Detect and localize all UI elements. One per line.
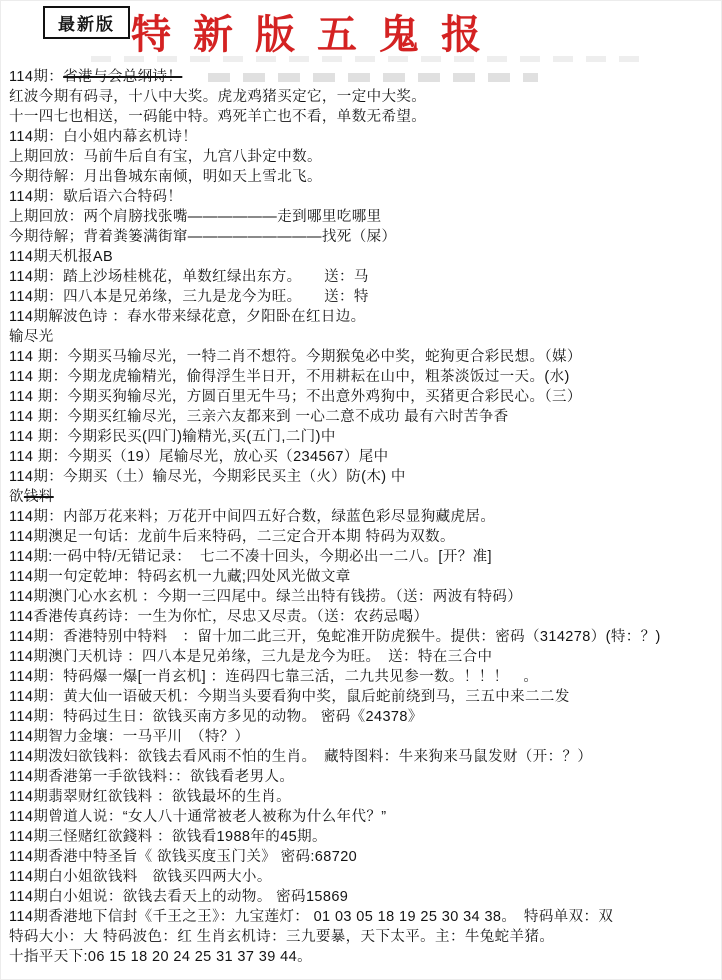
- report-line: 今期待解；背着粪篓满街窜—————————找死（屎）: [9, 227, 717, 247]
- report-line: 欲钱料: [9, 487, 717, 507]
- report-line: 114 期：今期买（19）尾输尽光，放心买（234567）尾中: [9, 447, 717, 467]
- report-line: 114期解波色诗 ：春水带来绿花意，夕阳卧在红日边。: [9, 307, 717, 327]
- report-line: 114期：歇后语六合特码！: [9, 187, 717, 207]
- report-line: 上期回放：马前牛后自有宝，九宫八卦定中数。: [9, 147, 717, 167]
- report-line: 114期：今期买（土）输尽光，今期彩民买主（火）防(木) 中: [9, 467, 717, 487]
- struck-text: 钱料: [24, 489, 54, 505]
- page-title: 特新版五鬼报: [131, 3, 503, 60]
- report-line-text: 欲: [9, 489, 24, 505]
- report-line: 114期泼妇欲钱料：欲钱去看风雨不怕的生肖。 藏特图料：牛来狗来马鼠发财（开：？…: [9, 747, 717, 767]
- report-line: 114期白小姐说：欲钱去看天上的动物。 密码15869: [9, 887, 717, 907]
- scan-artifact-row: [91, 56, 651, 62]
- report-line: 114香港传真药诗：一生为你忙，尽忠又尽责。（送：农药忌喝）: [9, 607, 717, 627]
- report-line: 114期：黄大仙一语破天机：今期当头要看狗中奖，鼠后蛇前绕到马，三五中来二二发: [9, 687, 717, 707]
- report-line: 114 期：今期买红输尽光，三亲六友都来到 一心二意不成功 最有六时苦争香: [9, 407, 717, 427]
- report-header: 最新版 特新版五鬼报: [1, 1, 721, 63]
- report-line: 114期：踏上沙场桂桃花，单数红绿出东方。 送：马: [9, 267, 717, 287]
- report-line: 十指平天下:06 15 18 20 24 25 31 37 39 44。: [9, 947, 717, 967]
- struck-text: 省港与会总纲诗！: [63, 69, 182, 85]
- report-line: 114期：特码过生日：欲钱买南方多见的动物。 密码《24378》: [9, 707, 717, 727]
- report-line: 114期：白小姐内幕玄机诗！: [9, 127, 717, 147]
- report-line: 红波今期有码寻，十八中大奖。虎龙鸡猪买定它，一定中大奖。: [9, 87, 717, 107]
- report-line: 输尽光: [9, 327, 717, 347]
- report-line: 114期翡翠财红欲钱料 ：欲钱最坏的生肖。: [9, 787, 717, 807]
- report-line: 114期：特码爆一爆[一肖玄机] ：连码四七靠三活，二九共见参一数。！！！ 。: [9, 667, 717, 687]
- report-line: 114 期：今期买狗输尽光，方圆百里无牛马；不出意外鸡狗中，买猪更合彩民心。（三…: [9, 387, 717, 407]
- report-line: 114期:一码中特/无错记录： 七二不凑十回头，今期必出一二八。[开？准]: [9, 547, 717, 567]
- report-line: 114期智力金壤：一马平川 （特？）: [9, 727, 717, 747]
- report-line: 114期：香港特别中特料 ：留十加二此三开，兔蛇准开防虎猴牛。提供：密码（314…: [9, 627, 717, 647]
- report-line: 114 期：今期彩民买(四门)输精光,买(五门,二门)中: [9, 427, 717, 447]
- report-line: 114期澳足一句话：龙前牛后来特码，二三定合开本期 特码为双数。: [9, 527, 717, 547]
- report-line: 114期香港地下信封《千王之王》：九宝莲灯： 01 03 05 18 19 25…: [9, 907, 717, 927]
- report-line-text: 114期：: [9, 69, 63, 85]
- report-line: 114期澳门天机诗 ：四八本是兄弟缘，三九是龙今为旺。 送：特在三合中: [9, 647, 717, 667]
- five-ghost-report-page: 最新版 特新版五鬼报 114期：省港与会总纲诗！红波今期有码寻，十八中大奖。虎龙…: [1, 1, 721, 967]
- report-line: 114期白小姐欲钱料 欲钱买四两大小。: [9, 867, 717, 887]
- report-line: 114期一句定乾坤：特码玄机一九藏;四处风光做文章: [9, 567, 717, 587]
- report-line: 114期曾道人说：“女人八十通常被老人被称为什么年代？”: [9, 807, 717, 827]
- report-line: 114期香港第一手欲钱料：：欲钱看老男人。: [9, 767, 717, 787]
- report-line: 114 期：今期龙虎输精光，偷得浮生半日开，不用耕耘在山中，粗茶淡饭过一天。(水…: [9, 367, 717, 387]
- latest-edition-badge: 最新版: [43, 6, 130, 39]
- report-line: 今期待解：月出鲁城东南倾，明如天上雪北飞。: [9, 167, 717, 187]
- report-line: 114期：省港与会总纲诗！: [9, 67, 717, 87]
- report-line: 114期：内部万花来料；万花开中间四五好合数，绿蓝色彩尽显狗藏虎居。: [9, 507, 717, 527]
- report-line: 特码大小：大 特码波色：红 生肖玄机诗：三九要暴，天下太平。主：牛兔蛇羊猪。: [9, 927, 717, 947]
- report-line: 114期：四八本是兄弟缘，三九是龙今为旺。 送：特: [9, 287, 717, 307]
- report-line: 114 期：今期买马输尽光，一特二肖不想符。今期猴兔必中奖，蛇狗更合彩民想。（媒…: [9, 347, 717, 367]
- report-line: 十一四七也相送，一码能中特。鸡死羊亡也不看，单数无希望。: [9, 107, 717, 127]
- report-line: 114期三怪赌红欲錢料 ：欲钱看1988年的45期。: [9, 827, 717, 847]
- report-body: 114期：省港与会总纲诗！红波今期有码寻，十八中大奖。虎龙鸡猪买定它，一定中大奖…: [1, 63, 721, 967]
- report-line: 114期天机报AB: [9, 247, 717, 267]
- ghost-text-artifact: [208, 73, 538, 82]
- report-line: 上期回放：两个肩膀找张嘴——————走到哪里吃哪里: [9, 207, 717, 227]
- report-line: 114期香港中特圣旨《 欲钱买度玉门关》 密码:68720: [9, 847, 717, 867]
- report-line: 114期澳门心水玄机 ：今期一三四尾中。绿兰出特有钱捞。（送：两波有特码）: [9, 587, 717, 607]
